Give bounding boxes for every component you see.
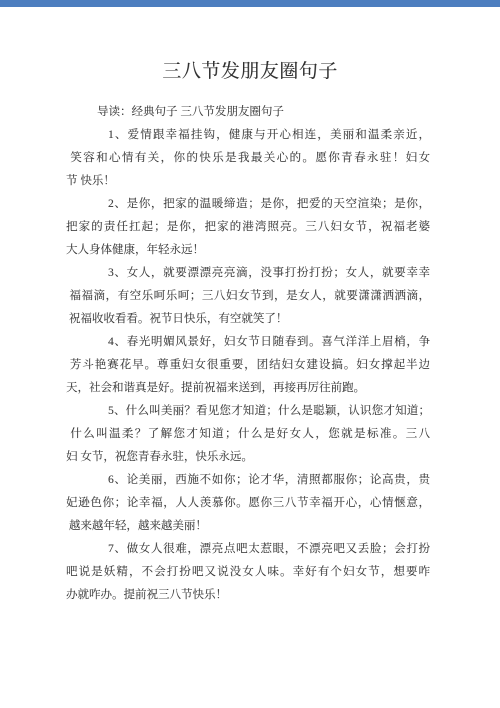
paragraph-5-line-3: 妇 女节，祝您青春永驻，快乐永远。 bbox=[66, 446, 430, 469]
paragraph-5-line-2: 什么叫温柔？了解您才知道；什么是好女人，您就是标准。三八 bbox=[66, 423, 430, 446]
paragraph-2-line-3: 大人身体健康，年轻永远！ bbox=[66, 239, 430, 262]
paragraph-4-line-3: 天，社会和谐真是好。提前祝福来送到，再接再厉往前跑。 bbox=[66, 377, 430, 400]
paragraph-1-line-1: 1、爱情跟幸福挂钩，健康与开心相连，美丽和温柔亲近， bbox=[66, 124, 430, 147]
paragraph-4-line-1: 4、春光明媚风景好，妇女节日随春到。喜气洋洋上眉梢，争 bbox=[66, 331, 430, 354]
paragraph-6-line-3: 越来越年轻，越来越美丽！ bbox=[66, 515, 430, 538]
intro-line: 导读：经典句子 三八节发朋友圈句子 bbox=[66, 101, 430, 124]
page-title: 三八节发朋友圈句子 bbox=[0, 56, 500, 83]
paragraph-4-line-2: 芳斗艳赛花早。尊重妇女很重要，团结妇女建设搞。妇女撑起半边 bbox=[66, 354, 430, 377]
paragraph-7-line-3: 办就咋办。提前祝三八节快乐！ bbox=[66, 584, 430, 607]
paragraph-2-line-1: 2、是你，把家的温暖缔造；是你，把爱的天空渲染；是你， bbox=[66, 193, 430, 216]
paragraph-3-line-3: 祝福收收看看。祝节日快乐，有空就笑了！ bbox=[66, 308, 430, 331]
document-page: 三八节发朋友圈句子 导读：经典句子 三八节发朋友圈句子 1、爱情跟幸福挂钩，健康… bbox=[0, 0, 500, 708]
paragraph-3-line-2: 福福滴，有空乐呵乐呵；三八妇女节到，是女人，就要潇潇洒洒滴， bbox=[66, 285, 430, 308]
paragraph-3-line-1: 3、女人，就要漂漂亮亮滴，没事打扮打扮；女人，就要幸幸 bbox=[66, 262, 430, 285]
paragraph-2-line-2: 把家的责任扛起；是你，把家的港湾照亮。三八妇女节，祝福老婆 bbox=[66, 216, 430, 239]
top-blue-bar bbox=[0, 0, 500, 7]
paragraph-5-line-1: 5、什么叫美丽？看见您才知道；什么是聪颖，认识您才知道； bbox=[66, 400, 430, 423]
paragraph-6-line-2: 妃逊色你；论幸福，人人羡慕你。愿你三八节幸福开心，心情惬意， bbox=[66, 492, 430, 515]
document-body: 导读：经典句子 三八节发朋友圈句子 1、爱情跟幸福挂钩，健康与开心相连，美丽和温… bbox=[66, 101, 430, 607]
paragraph-1-line-2: 笑容和心情有关，你的快乐是我最关心的。愿你青春永驻！妇女 bbox=[66, 147, 430, 170]
paragraph-1-line-3: 节 快乐！ bbox=[66, 170, 430, 193]
paragraph-6-line-1: 6、论美丽，西施不如你；论才华，清照都服你；论高贵，贵 bbox=[66, 469, 430, 492]
paragraph-7-line-1: 7、做女人很难，漂亮点吧太惹眼，不漂亮吧又丢脸；会打扮 bbox=[66, 538, 430, 561]
paragraph-7-line-2: 吧说是妖精，不会打扮吧又说没女人味。幸好有个妇女节，想要咋 bbox=[66, 561, 430, 584]
